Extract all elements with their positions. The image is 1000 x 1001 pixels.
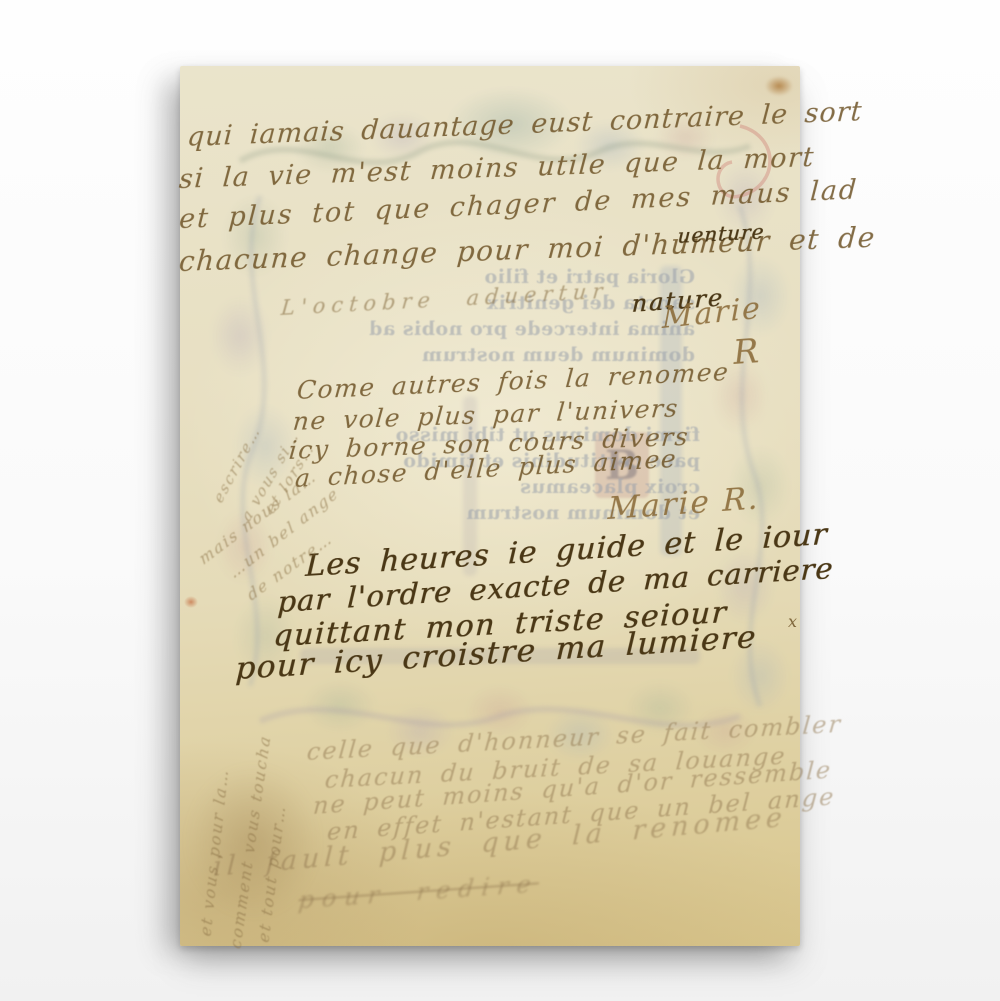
ink-stain bbox=[765, 76, 793, 96]
red-stain bbox=[184, 596, 198, 608]
manuscript-page: B Gloria patri et filio sancta dei genit… bbox=[180, 66, 800, 946]
correction-x-mark: x bbox=[788, 614, 797, 630]
photograph-background: B Gloria patri et filio sancta dei genit… bbox=[0, 0, 1000, 1001]
gothic-line: anima intercede pro nobis ad bbox=[385, 316, 695, 342]
interlinear-insert-word: uenture bbox=[677, 221, 765, 246]
signature-royal-initial-1: R bbox=[732, 334, 760, 370]
